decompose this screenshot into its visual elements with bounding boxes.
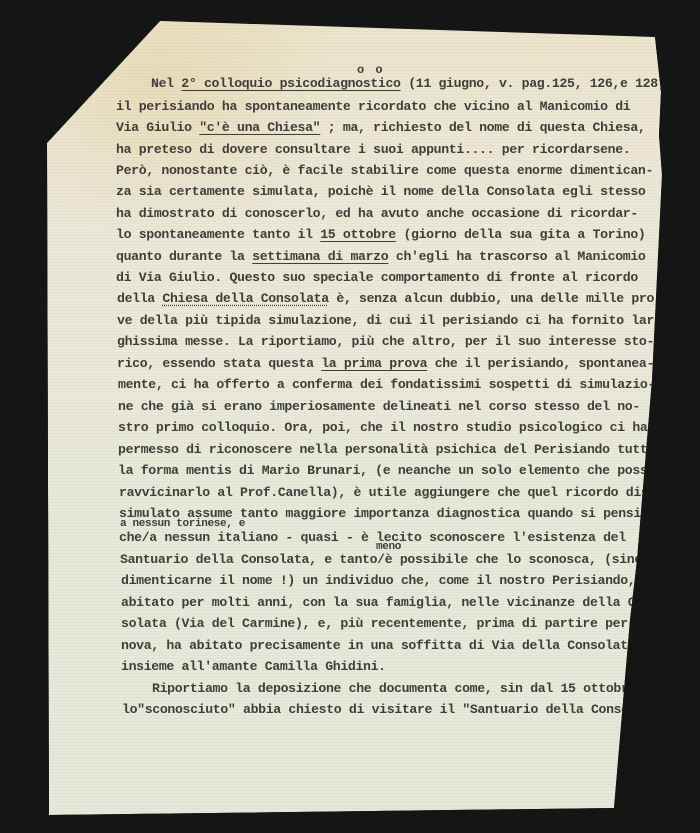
text-line: lo spontaneamente tanto il 15 ottobre (g… — [116, 227, 645, 242]
text-line: ghissima messe. La riportiamo, più che a… — [117, 334, 654, 349]
text-line: la forma mentis di Mario Brunari, (e nea… — [118, 463, 655, 478]
text-line: Via Giulio "c'è una Chiesa" ; ma, richie… — [116, 120, 645, 135]
underlined-phrase: 15 ottobre — [320, 227, 396, 242]
text-line: lo"sconosciuto" abbia chiesto di visitar… — [122, 702, 629, 717]
text-line: stro primo colloquio. Ora, poi, che il n… — [118, 420, 647, 435]
text-line: che/a nessun italiano - quasi - è lecito… — [119, 530, 626, 545]
text-line: ha preteso di dovere consultare i suoi a… — [116, 142, 630, 157]
underlined-phrase: Chiesa della Consolata — [162, 291, 328, 306]
typewritten-body: Nel 2° colloquio psicodiagnostico (11 gi… — [0, 0, 700, 495]
text-line: nova, ha abitato precisamente in una sof… — [121, 638, 635, 653]
text-line: insieme all'amante Camilla Ghidini. — [121, 659, 386, 674]
text-line: Però, nonostante ciò, è facile stabilire… — [116, 163, 653, 178]
text-line: ne che già si erano imperiosamente delin… — [118, 399, 640, 414]
text-line: ravvicinarlo al Prof.Canella), è utile a… — [119, 485, 656, 500]
text-line: ha dimostrato di conoscerlo, ed ha avuto… — [116, 206, 638, 221]
text-line: Santuario della Consolata, e tanto/è pos… — [120, 552, 642, 567]
text-line: abitato per molti anni, con la sua famig… — [121, 595, 650, 610]
text-line: mente, ci ha offerto a conferma dei fond… — [118, 377, 655, 392]
underlined-phrase: "c'è una Chiesa" — [199, 120, 320, 135]
text-line: rico, essendo stata questa la prima prov… — [117, 356, 654, 371]
underlined-phrase: 2° colloquio psicodiagnostico — [181, 76, 400, 91]
text-line: dimenticarne il nome !) un individuo che… — [121, 573, 650, 588]
text-line: za sia certamente simulata, poichè il no… — [116, 184, 645, 199]
interlinear-insertion: a nessun torinese, e — [120, 518, 245, 530]
underlined-phrase: settimana di marzo — [252, 249, 388, 264]
text-line: ve della più tipida simulazione, di cui … — [117, 313, 662, 328]
text-line: solata (Via del Carmine), e, più recente… — [121, 616, 643, 631]
text-line: della Chiesa della Consolata è, senza al… — [117, 291, 662, 306]
text-line: Nel 2° colloquio psicodiagnostico (11 gi… — [151, 76, 665, 91]
underlined-phrase: la prima prova — [321, 356, 427, 371]
text-line: di Via Giulio. Questo suo speciale compo… — [116, 270, 638, 285]
text-line: Riportiamo la deposizione che documenta … — [152, 681, 629, 696]
text-line: il perisiando ha spontaneamente ricordat… — [116, 99, 630, 114]
text-line: permesso di riconoscere nella personalit… — [118, 442, 655, 457]
text-line: quanto durante la settimana di marzo ch'… — [116, 249, 645, 264]
